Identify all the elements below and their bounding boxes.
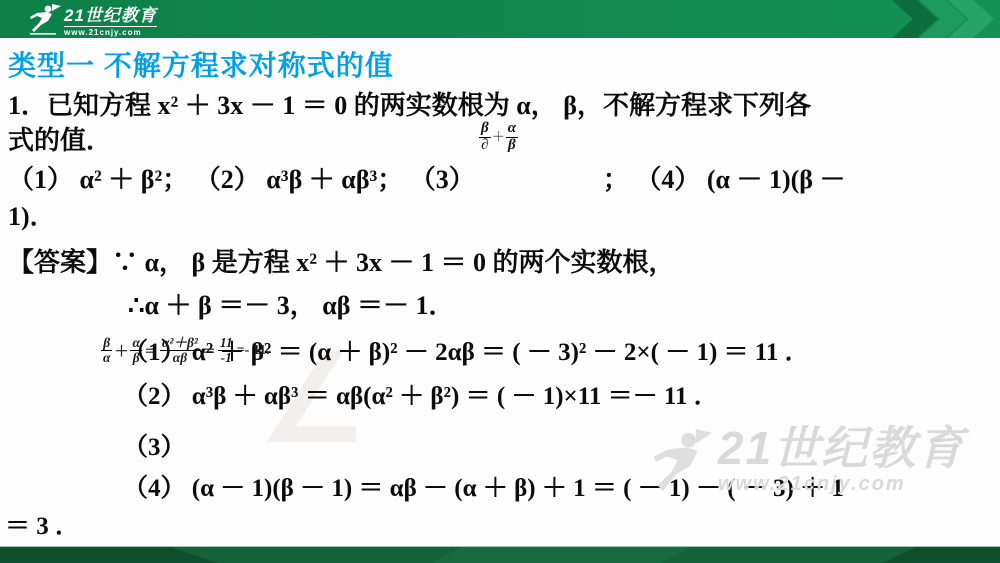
brand-logo: 21世纪教育 www.21cnjy.com [28, 3, 157, 37]
fraction: α β [506, 121, 518, 154]
footer-facet [430, 547, 690, 563]
fraction-numerator: α [130, 336, 141, 351]
brand-url: www.21cnjy.com [64, 26, 157, 37]
fraction-numerator: 11 [218, 336, 235, 351]
items-segment2: ； （4） (α － 1)(β － [603, 165, 846, 194]
fraction: β α [101, 336, 112, 365]
items-continuation: 1)． [8, 202, 56, 231]
equals-sign: ＝ [200, 341, 218, 361]
fraction: β ∂ [479, 121, 491, 154]
plus-sign: ＋ [491, 129, 506, 144]
answer-part2: （2） α³β ＋ αβ³ ＝ αβ(α² ＋ β²) ＝ ( － 1)×11 … [123, 376, 719, 412]
answer-intro: 【答案】∵ α， β 是方程 x² ＋ 3x － 1 ＝ 0 的两个实数根， [8, 242, 675, 279]
page-title: 类型一 不解方程求对称式的值 [8, 44, 394, 84]
item3-fraction-expression: β ∂ ＋ α β [479, 121, 518, 154]
answer-part3: （3） [123, 427, 186, 463]
footer-bar [0, 546, 1000, 563]
overlay-result: =- 11. [235, 343, 272, 359]
fraction-numerator: β [101, 336, 112, 351]
plus-sign: ＋ [112, 341, 130, 361]
fraction-numerator: α²＋β² [160, 336, 200, 351]
fraction: 11 -1 [218, 336, 235, 365]
top-banner: 21世纪教育 www.21cnjy.com [0, 0, 1000, 38]
answer-because: ∵ α， β 是方程 x² ＋ 3x － 1 ＝ 0 的两个实数根， [112, 248, 675, 277]
answer-conclusion: ∴α ＋ β ＝－ 3， αβ ＝－ 1． [128, 285, 454, 322]
answer-part4: （4） (α － 1)(β － 1) ＝ αβ － (α ＋ β) ＋ 1 ＝ … [123, 468, 844, 504]
problem-line2: 式的值． [8, 126, 112, 155]
footer-facet [880, 547, 1000, 563]
fraction-numerator: α [506, 121, 518, 138]
problem-line1: 1．已知方程 x² ＋ 3x － 1 ＝ 0 的两实数根为 α， β，不解方程求… [8, 91, 811, 120]
brand-name: 21世纪教育 [64, 7, 157, 24]
fraction-denominator: β [131, 351, 142, 365]
footer-facet [0, 547, 220, 563]
equals-sign: ＝ [142, 341, 160, 361]
watermark-brand: 21世纪教育 [718, 423, 965, 473]
fraction-denominator: α [101, 351, 112, 365]
fraction: α β [130, 336, 141, 365]
fraction-numerator: β [479, 121, 491, 138]
answer-part4-continuation: ＝ 3 ． [5, 506, 80, 542]
fraction-denominator: ∂ [479, 138, 490, 154]
problem-items: （1） α² ＋ β²； （2） α³β ＋ αβ³； （3）； （4） (α … [8, 161, 998, 235]
items-segment1: （1） α² ＋ β²； （2） α³β ＋ αβ³； （3） [8, 165, 475, 194]
slide: ∠ 21世纪教育 www.21cnjy.com 类型一 不解方程求对称式的值 1… [0, 0, 1000, 563]
fraction: α²＋β² αβ [160, 336, 200, 365]
part3-overlay-formula: β α ＋ α β ＝ α²＋β² αβ ＝ 11 -1 =- 11. [101, 336, 272, 365]
fraction-denominator: β [506, 138, 518, 154]
answer-label: 【答案】 [8, 248, 112, 277]
runner-logo-icon [28, 3, 62, 35]
fraction-denominator: -1 [219, 351, 234, 365]
fraction-denominator: αβ [171, 351, 189, 365]
